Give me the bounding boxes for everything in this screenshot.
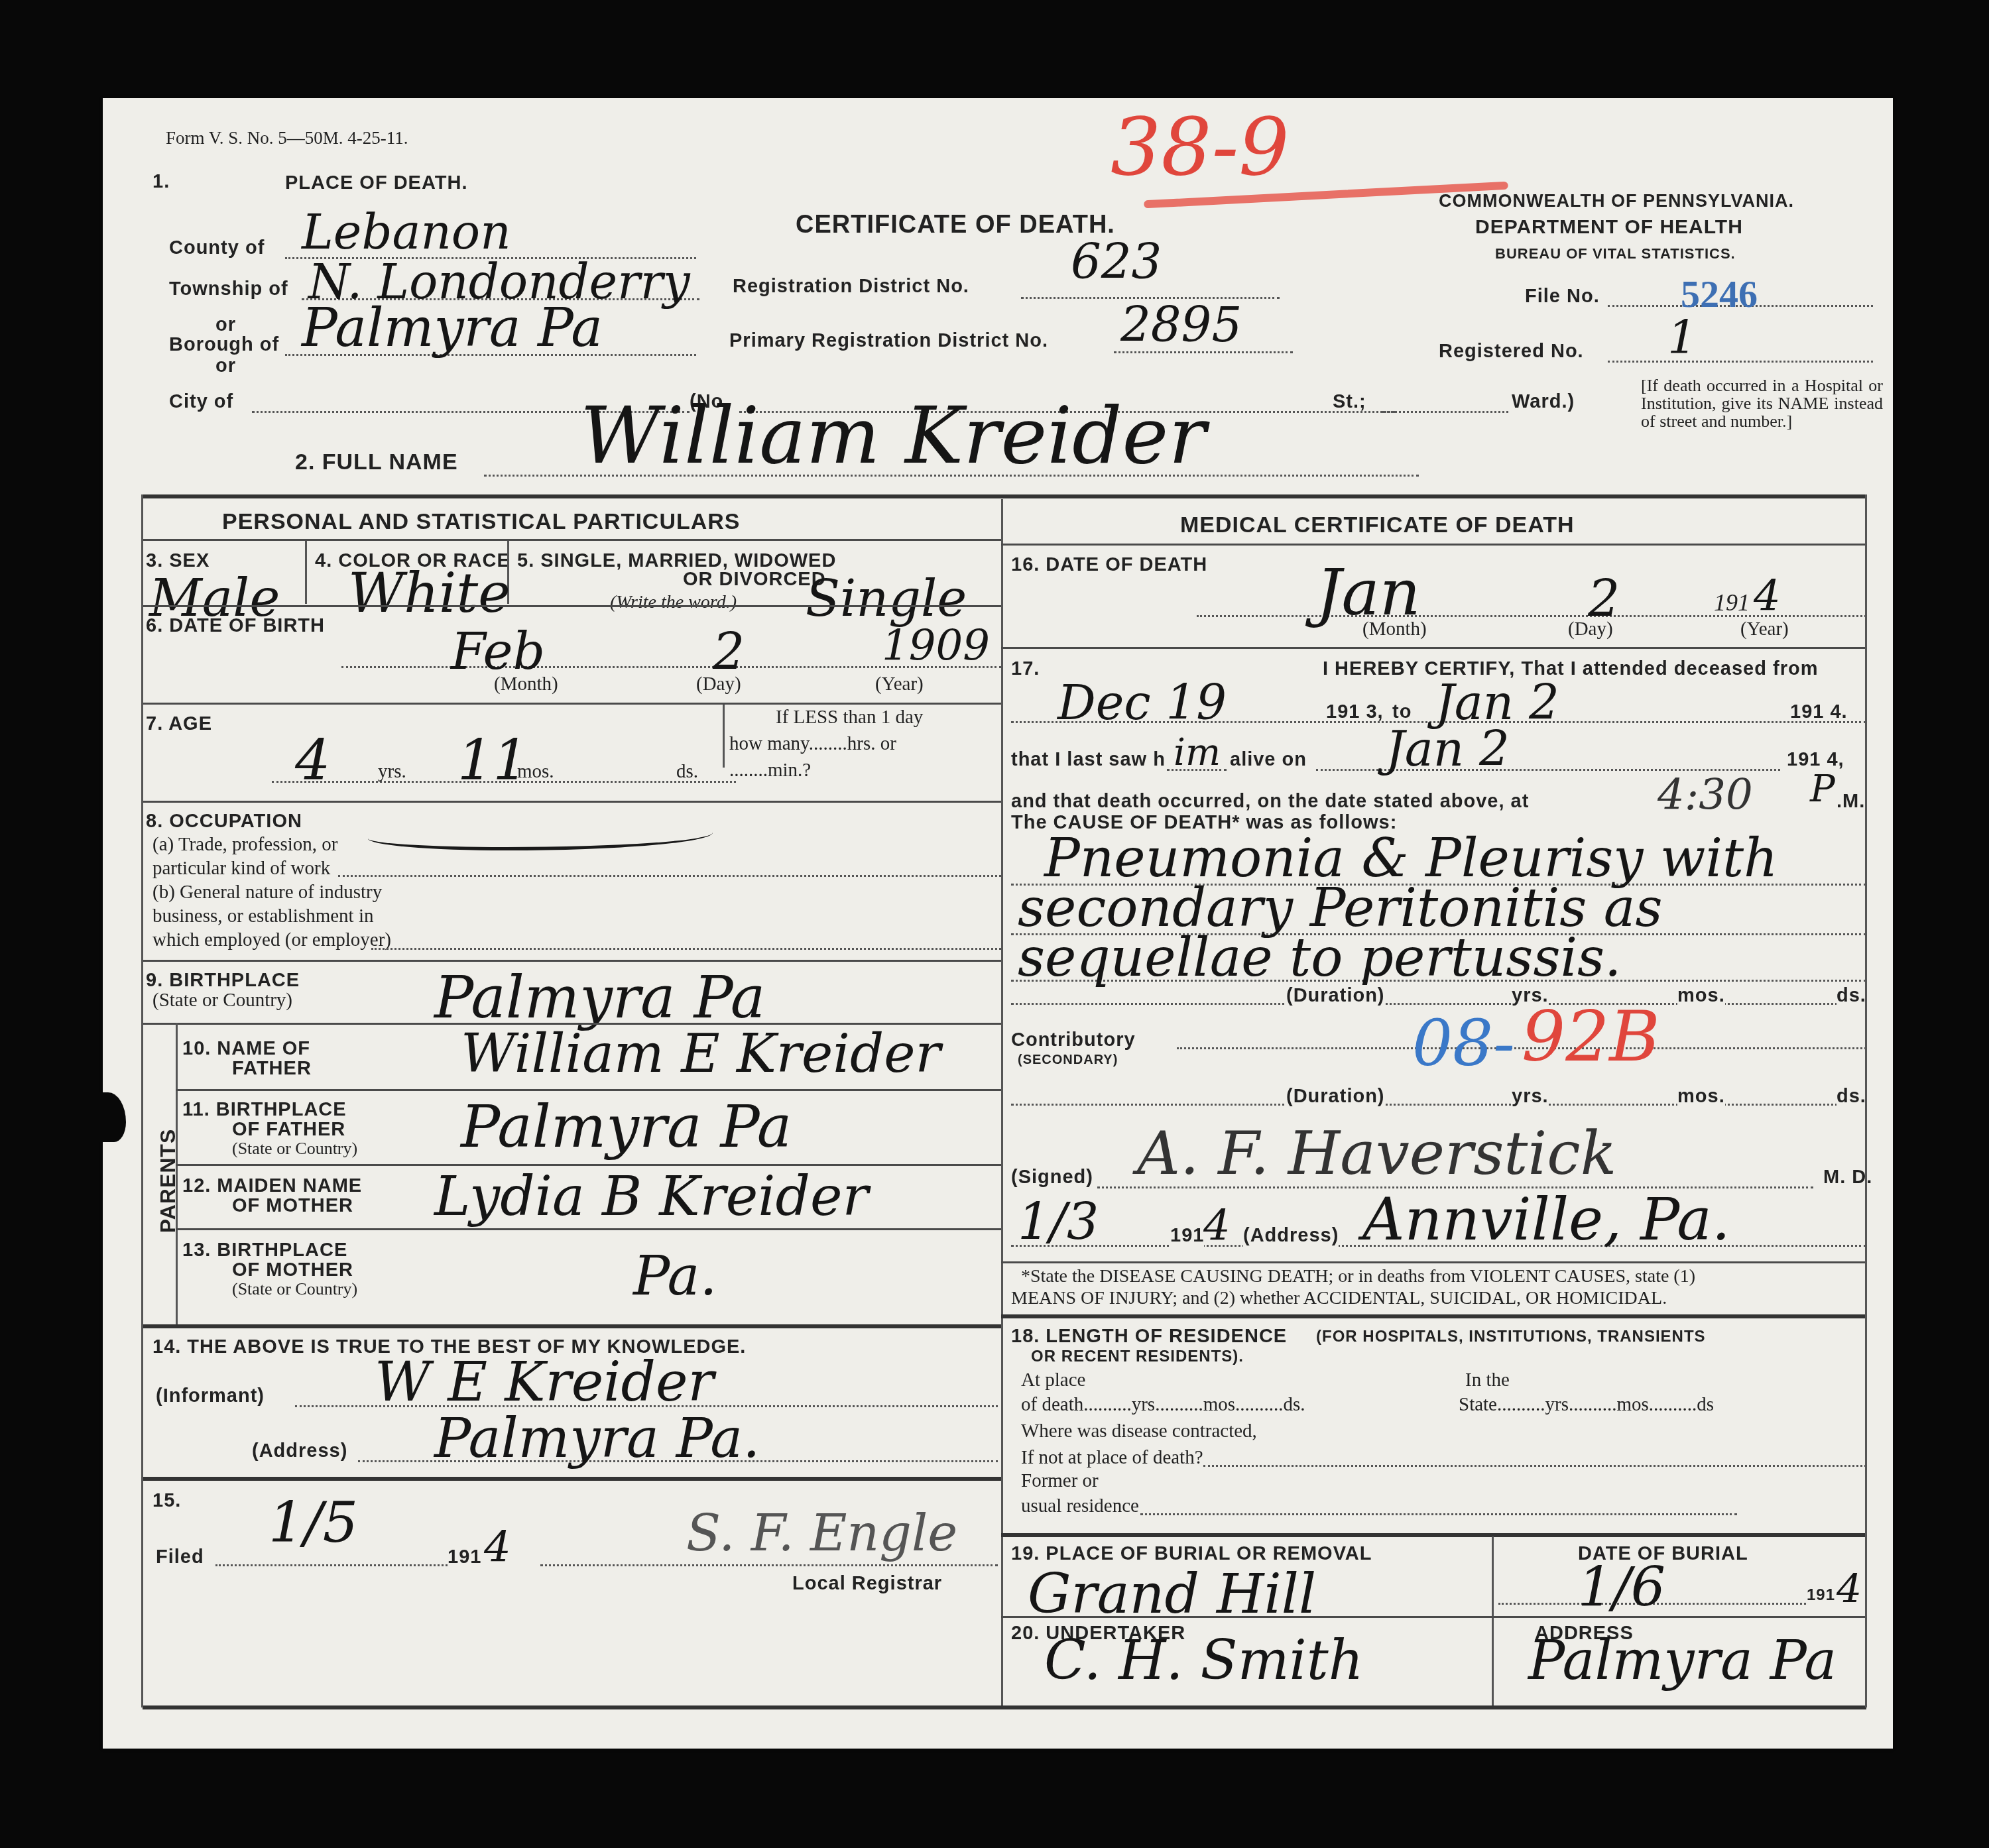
registrar-line <box>540 1564 998 1566</box>
month-hint: (Month) <box>1362 618 1427 640</box>
signed-year-suffix[interactable]: 4 <box>1203 1202 1231 1251</box>
signed-year-prefix: 191 <box>1170 1225 1204 1247</box>
less-than-day-text: If LESS than 1 day <box>776 707 923 728</box>
mos-label: mos. <box>517 761 554 783</box>
filed-label: Filed <box>156 1546 204 1568</box>
birthplace-hint: (State or Country) <box>152 990 292 1011</box>
mother-birthplace-hint: (State or Country) <box>232 1279 357 1299</box>
divider <box>1001 1261 1866 1263</box>
divider <box>143 801 1001 803</box>
informant-value[interactable]: W E Kreider <box>375 1351 714 1414</box>
alive-on-label: alive on <box>1230 749 1307 771</box>
attended-from-year: 191 3, <box>1326 701 1384 723</box>
contracted-line <box>1203 1465 1866 1467</box>
divider <box>143 494 1866 498</box>
informant-address-value[interactable]: Palmyra Pa. <box>434 1407 760 1470</box>
bureau-heading: BUREAU OF VITAL STATISTICS. <box>1495 245 1736 262</box>
divider <box>143 703 1001 705</box>
city-label: City of <box>169 391 233 413</box>
yrs-label: yrs. <box>1512 1086 1549 1108</box>
full-name-label: 2. FULL NAME <box>295 449 458 475</box>
divider <box>305 541 307 604</box>
less-than-day-text: how many........hrs. or <box>729 733 896 755</box>
divider <box>143 605 1001 607</box>
divider <box>1001 647 1866 649</box>
birthplace-value[interactable]: Palmyra Pa <box>434 963 765 1031</box>
township-label: Township of <box>169 278 288 300</box>
form-id: Form V. S. No. 5—50M. 4-25-11. <box>166 128 408 148</box>
divider <box>1001 544 1866 546</box>
hospital-note: [If death occurred in a Hospital or Inst… <box>1641 376 1883 430</box>
burial-date-value[interactable]: 1/6 <box>1578 1556 1665 1619</box>
dob-month[interactable]: Feb <box>451 622 545 681</box>
death-time-ampm[interactable]: P <box>1810 768 1835 811</box>
registered-no-value[interactable]: 1 <box>1667 310 1697 365</box>
burial-year-prefix: 191 <box>1807 1586 1835 1605</box>
death-time-value[interactable]: 4:30 <box>1657 771 1753 820</box>
divider <box>1001 1533 1866 1537</box>
commonwealth-heading: COMMONWEALTH OF PENNSYLVANIA. <box>1439 191 1794 211</box>
informant-address-label: (Address) <box>252 1440 347 1462</box>
ds-label: ds. <box>1837 985 1866 1007</box>
filed-year-prefix: 191 <box>448 1546 481 1568</box>
signed-date[interactable]: 1/3 <box>1018 1192 1099 1251</box>
residence-note: OR RECENT RESIDENTS). <box>1031 1348 1244 1366</box>
physician-signature[interactable]: A. F. Haverstick <box>1137 1119 1616 1188</box>
ds-label: ds. <box>1837 1086 1866 1108</box>
registered-no-line <box>1608 361 1873 363</box>
place-of-death-label: PLACE OF DEATH. <box>285 172 467 194</box>
undertaker-address-value[interactable]: Palmyra Pa <box>1528 1629 1837 1692</box>
dob-year[interactable]: 1909 <box>882 622 990 671</box>
mother-birthplace-label: 13. BIRTHPLACE <box>182 1240 347 1261</box>
age-label: 7. AGE <box>146 713 212 735</box>
blue-annotation: 08- <box>1412 1006 1515 1080</box>
divider <box>143 1324 1001 1328</box>
informant-label: (Informant) <box>156 1385 265 1407</box>
ward-label: Ward.) <box>1512 391 1575 413</box>
former-residence-line <box>1140 1513 1737 1515</box>
or-label: or <box>215 355 236 377</box>
divider <box>176 1228 1001 1230</box>
registrar-label: Local Registrar <box>792 1573 942 1595</box>
filed-date[interactable]: 1/5 <box>269 1490 358 1555</box>
mother-name-label: 12. MAIDEN NAME <box>182 1175 362 1197</box>
alive-on-date[interactable]: Jan 2 <box>1386 721 1510 777</box>
red-annotation: 92B <box>1522 996 1660 1077</box>
marital-value[interactable]: Single <box>806 569 967 628</box>
personal-section-title: PERSONAL AND STATISTICAL PARTICULARS <box>222 509 741 535</box>
divider <box>143 1477 1001 1481</box>
registration-district-label: Registration District No. <box>733 276 969 298</box>
borough-label: Borough of <box>169 334 279 356</box>
divider <box>1492 1536 1494 1705</box>
father-name-value[interactable]: William E Kreider <box>461 1023 941 1084</box>
duration-line <box>1011 1104 1866 1106</box>
occupation-hint: business, or establishment in <box>152 905 373 927</box>
day-hint: (Day) <box>1568 618 1613 640</box>
birthplace-label: 9. BIRTHPLACE <box>146 970 300 992</box>
father-birthplace-label-2: OF FATHER <box>232 1119 345 1141</box>
year-hint: (Year) <box>875 673 924 695</box>
border <box>141 494 143 1707</box>
footnote: *State the DISEASE CAUSING DEATH; or in … <box>1021 1266 1695 1287</box>
divider <box>143 1705 1866 1709</box>
father-name-label: 10. NAME OF <box>182 1038 310 1060</box>
signed-label: (Signed) <box>1011 1167 1093 1188</box>
medical-section-title: MEDICAL CERTIFICATE OF DEATH <box>1180 512 1575 538</box>
mother-name-value[interactable]: Lydia B Kreider <box>434 1165 869 1228</box>
occupation-hint: (b) General nature of industry <box>152 882 382 903</box>
contributory-label: Contributory <box>1011 1029 1136 1051</box>
divider <box>143 960 1001 962</box>
residence-label: 18. LENGTH OF RESIDENCE <box>1011 1326 1287 1348</box>
father-birthplace-label: 11. BIRTHPLACE <box>182 1099 347 1121</box>
occupation-hint: (a) Trade, profession, or <box>152 834 337 856</box>
red-file-annotation: 38-9 <box>1111 101 1290 194</box>
to-label: to <box>1392 701 1412 723</box>
death-time-m: .M. <box>1837 791 1865 813</box>
contracted-label: Where was disease contracted, <box>1021 1420 1257 1442</box>
section-15-number: 15. <box>152 1490 181 1512</box>
at-place-label: At place <box>1021 1369 1085 1391</box>
burial-place-label: 19. PLACE OF BURIAL OR REMOVAL <box>1011 1543 1372 1565</box>
occupation-hint: particular kind of work <box>152 858 330 880</box>
occupation-b-line <box>371 948 1001 950</box>
ward-line <box>1382 411 1508 413</box>
cause-line-3[interactable]: sequellae to pertussis. <box>1018 927 1622 988</box>
divider <box>176 1089 1001 1091</box>
age-months[interactable]: 11 <box>457 728 528 793</box>
mother-birthplace-value[interactable]: Pa. <box>633 1245 717 1308</box>
marital-label-2: OR DIVORCED <box>683 569 826 591</box>
border <box>1865 494 1867 1707</box>
divider <box>1001 1314 1866 1318</box>
date-of-death-year-suffix[interactable]: 4 <box>1754 572 1781 621</box>
filed-year-suffix[interactable]: 4 <box>484 1523 511 1572</box>
attended-to-year: 191 4. <box>1790 701 1848 723</box>
age-years[interactable]: 4 <box>295 728 330 793</box>
mother-name-label-2: OF MOTHER <box>232 1195 353 1217</box>
duration-label: (Duration) <box>1286 1086 1385 1108</box>
race-value[interactable]: White <box>348 562 511 625</box>
certify-text: I HEREBY CERTIFY, That I attended deceas… <box>1323 658 1818 680</box>
dob-label: 6. DATE OF BIRTH <box>146 615 325 637</box>
column-divider <box>1001 499 1003 1709</box>
department-heading: DEPARTMENT OF HEALTH <box>1475 216 1743 239</box>
page-title: CERTIFICATE OF DEATH. <box>796 211 1115 239</box>
divider <box>143 539 1001 541</box>
father-name-label-2: FATHER <box>232 1058 312 1080</box>
father-birthplace-hint: (State or Country) <box>232 1139 357 1159</box>
death-time-label: and that death occurred, on the date sta… <box>1011 791 1529 813</box>
duration-line <box>1011 1003 1866 1005</box>
yrs-label: yrs. <box>378 761 406 783</box>
parents-label: PARENTS <box>156 1129 180 1234</box>
torn-edge <box>96 1092 126 1142</box>
full-name-value[interactable]: William Kreider <box>580 390 1206 481</box>
section-17-number: 17. <box>1011 658 1040 680</box>
registration-district-value[interactable]: 623 <box>1071 234 1162 290</box>
county-label: County of <box>169 237 265 259</box>
at-place-duration: of death..........yrs..........mos......… <box>1021 1394 1305 1416</box>
registrar-signature[interactable]: S. F. Engle <box>686 1503 957 1562</box>
dob-day[interactable]: 2 <box>713 622 745 681</box>
or-label: or <box>215 314 236 336</box>
file-no-stamp[interactable]: 5246 <box>1681 272 1758 316</box>
marital-hint: (Write the word.) <box>610 592 737 613</box>
physician-address[interactable]: Annville, Pa. <box>1362 1185 1730 1253</box>
in-state-duration: State..........yrs..........mos.........… <box>1459 1394 1714 1416</box>
registered-no-label: Registered No. <box>1439 341 1584 363</box>
undertaker-value[interactable]: C. H. Smith <box>1044 1629 1364 1692</box>
county-value[interactable]: Lebanon <box>302 204 511 260</box>
residence-note: (FOR HOSPITALS, INSTITUTIONS, TRANSIENTS <box>1316 1328 1706 1346</box>
occupation-a-line <box>338 875 1001 877</box>
contracted-label-2: If not at place of death? <box>1021 1447 1203 1469</box>
burial-year-suffix[interactable]: 4 <box>1837 1566 1862 1613</box>
street-label: St.; <box>1333 391 1366 413</box>
date-of-death-year-prefix: 191 <box>1714 589 1750 616</box>
year-hint: (Year) <box>1740 618 1789 640</box>
footnote: MEANS OF INJURY; and (2) whether ACCIDEN… <box>1011 1288 1667 1309</box>
secondary-label: (SECONDARY) <box>1018 1053 1118 1068</box>
less-than-day-text: ........min.? <box>729 760 811 781</box>
file-no-label: File No. <box>1525 286 1600 308</box>
occupation-dash-mark[interactable] <box>368 821 713 850</box>
primary-registration-district-value[interactable]: 2895 <box>1120 297 1242 353</box>
duration-label: (Duration) <box>1286 985 1385 1007</box>
mos-label: mos. <box>1677 985 1725 1007</box>
month-hint: (Month) <box>494 673 558 695</box>
section-1-number: 1. <box>152 171 170 193</box>
attended-from[interactable]: Dec 19 <box>1057 675 1227 730</box>
date-of-death-label: 16. DATE OF DEATH <box>1011 554 1207 576</box>
last-saw-label: that I last saw h <box>1011 749 1166 771</box>
divider <box>1001 1616 1866 1618</box>
ds-label: ds. <box>676 761 698 783</box>
occupation-hint: which employed (or employer) <box>152 929 391 951</box>
former-residence-label: Former or <box>1021 1470 1099 1492</box>
borough-value[interactable]: Palmyra Pa <box>302 297 603 359</box>
former-residence-label-2: usual residence <box>1021 1495 1139 1517</box>
mos-label: mos. <box>1677 1086 1725 1108</box>
father-birthplace-value[interactable]: Palmyra Pa <box>461 1092 792 1161</box>
filed-line <box>215 1564 448 1566</box>
divider <box>723 705 725 768</box>
day-hint: (Day) <box>696 673 741 695</box>
death-certificate: Form V. S. No. 5—50M. 4-25-11. 38-9 1. P… <box>103 98 1893 1749</box>
primary-registration-district-label: Primary Registration District No. <box>729 330 1048 352</box>
physician-address-label: (Address) <box>1243 1225 1339 1247</box>
mother-birthplace-label-2: OF MOTHER <box>232 1259 353 1281</box>
last-saw-pronoun[interactable]: im <box>1174 731 1221 774</box>
in-state-label: In the <box>1465 1369 1510 1391</box>
occupation-label: 8. OCCUPATION <box>146 811 302 833</box>
